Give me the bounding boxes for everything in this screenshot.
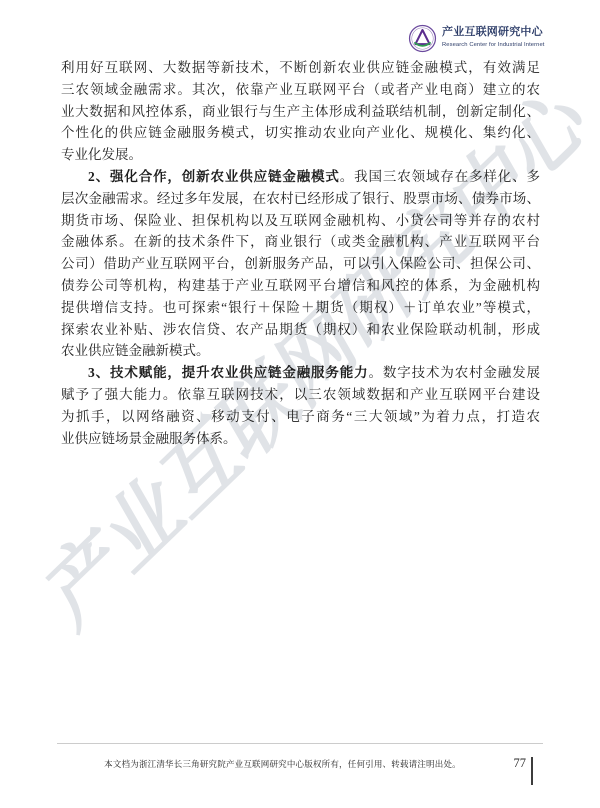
body-text: 提供增信支持。也可探索“银行＋保险＋期货（期权）＋订单农业”等模式， (61, 300, 540, 315)
body-text: 利用好互联网、大数据等新技术，不断创新农业供应链金融模式，有效满足 (61, 60, 540, 75)
paragraph-2-line: 农业供应链金融新模式。 (61, 340, 540, 362)
paragraph-2-line: 探索农业补贴、涉农信贷、农产品期货（期权）和农业保险联动机制，形成 (61, 319, 540, 341)
section-heading-text: 3、技术赋能，提升农业供应链金融服务能力 (88, 365, 369, 380)
body-text: 为抓手，以网络融资、移动支付、电子商务“三大领域”为着力点，打造农 (61, 409, 540, 424)
body-text: 赋予了强大能力。依靠互联网技术，以三农领域数据和产业互联网平台建设 (61, 387, 540, 402)
document-body: 利用好互联网、大数据等新技术，不断创新农业供应链金融模式，有效满足三农领域金融需… (61, 57, 540, 449)
body-text: 专业化发展。 (61, 147, 142, 162)
header: 产业互联网研究中心 Research Center for Industrial… (408, 24, 545, 53)
page-number: 77 (500, 756, 526, 771)
paragraph-1-line: 业大数据和风控体系，商业银行与生产主体形成利益联结机制，创新定制化、 (61, 101, 540, 123)
body-text: 期货市场、保险业、担保机构以及互联网金融机构、小贷公司等并存的农村 (61, 213, 540, 228)
paragraph-2-line: 提供增信支持。也可探索“银行＋保险＋期货（期权）＋订单农业”等模式， (61, 297, 540, 319)
body-text: 金融体系。在新的技术条件下，商业银行（或类金融机构、产业互联网平台 (61, 234, 540, 249)
logo-mark-icon (408, 24, 437, 53)
logo-text-block: 产业互联网研究中心 Research Center for Industrial… (442, 24, 545, 49)
body-text: 业供应链场景金融服务体系。 (61, 431, 237, 446)
paragraph-3-line: 为抓手，以网络融资、移动支付、电子商务“三大领域”为着力点，打造农 (61, 406, 540, 428)
logo-subtitle-en: Research Center for Industrial Internet (442, 41, 545, 49)
paragraph-1-line: 利用好互联网、大数据等新技术，不断创新农业供应链金融模式，有效满足 (61, 57, 540, 79)
paragraph-3-line: 3、技术赋能，提升农业供应链金融服务能力。数字技术为农村金融发展 (61, 362, 540, 384)
footer-divider (57, 743, 543, 744)
body-text: 农业供应链金融新模式。 (61, 343, 210, 358)
page-number-divider (531, 757, 533, 785)
body-text: 业大数据和风控体系，商业银行与生产主体形成利益联结机制，创新定制化、 (61, 104, 540, 119)
body-text: 三农领域金融需求。其次，依靠产业互联网平台（或者产业电商）建立的农 (61, 82, 540, 97)
logo-title-cn: 产业互联网研究中心 (442, 26, 545, 39)
paragraph-2-line: 金融体系。在新的技术条件下，商业银行（或类金融机构、产业互联网平台 (61, 231, 540, 253)
paragraph-3-line: 赋予了强大能力。依靠互联网技术，以三农领域数据和产业互联网平台建设 (61, 384, 540, 406)
paragraph-1-line: 个性化的供应链金融服务模式，切实推动农业向产业化、规模化、集约化、 (61, 122, 540, 144)
body-text: 层次金融需求。经过多年发展，在农村已经形成了银行、股票市场、债券市场、 (61, 191, 540, 206)
body-text: 。数字技术为农村金融发展 (369, 365, 540, 380)
paragraph-2-line: 层次金融需求。经过多年发展，在农村已经形成了银行、股票市场、债券市场、 (61, 188, 540, 210)
body-text: 个性化的供应链金融服务模式，切实推动农业向产业化、规模化、集约化、 (61, 125, 540, 140)
paragraph-2-line: 2、强化合作，创新农业供应链金融模式。我国三农领域存在多样化、多 (61, 166, 540, 188)
section-heading-text: 2、强化合作，创新农业供应链金融模式 (88, 169, 340, 184)
body-text: 债券公司等机构，构建基于产业互联网平台增信和风控的体系，为金融机构 (61, 278, 540, 293)
paragraph-3-line: 业供应链场景金融服务体系。 (61, 428, 540, 450)
body-text: 。我国三农领域存在多样化、多 (340, 169, 540, 184)
paragraph-1-line: 专业化发展。 (61, 144, 540, 166)
paragraph-2-line: 债券公司等机构，构建基于产业互联网平台增信和风控的体系，为金融机构 (61, 275, 540, 297)
document-page: 产业互联网研究中心 产业互联网研究中心 Research Center for … (0, 0, 600, 808)
body-text: 公司）借助产业互联网平台，创新服务产品，可以引入保险公司、担保公司、 (61, 256, 540, 271)
paragraph-2-line: 公司）借助产业互联网平台，创新服务产品，可以引入保险公司、担保公司、 (61, 253, 540, 275)
paragraph-1-line: 三农领域金融需求。其次，依靠产业互联网平台（或者产业电商）建立的农 (61, 79, 540, 101)
body-text: 探索农业补贴、涉农信贷、农产品期货（期权）和农业保险联动机制，形成 (61, 322, 540, 337)
copyright-text: 本文档为浙江清华长三角研究院产业互联网研究中心版权所有，任何引用、转载请注明出处… (0, 758, 565, 770)
paragraph-2-line: 期货市场、保险业、担保机构以及互联网金融机构、小贷公司等并存的农村 (61, 210, 540, 232)
